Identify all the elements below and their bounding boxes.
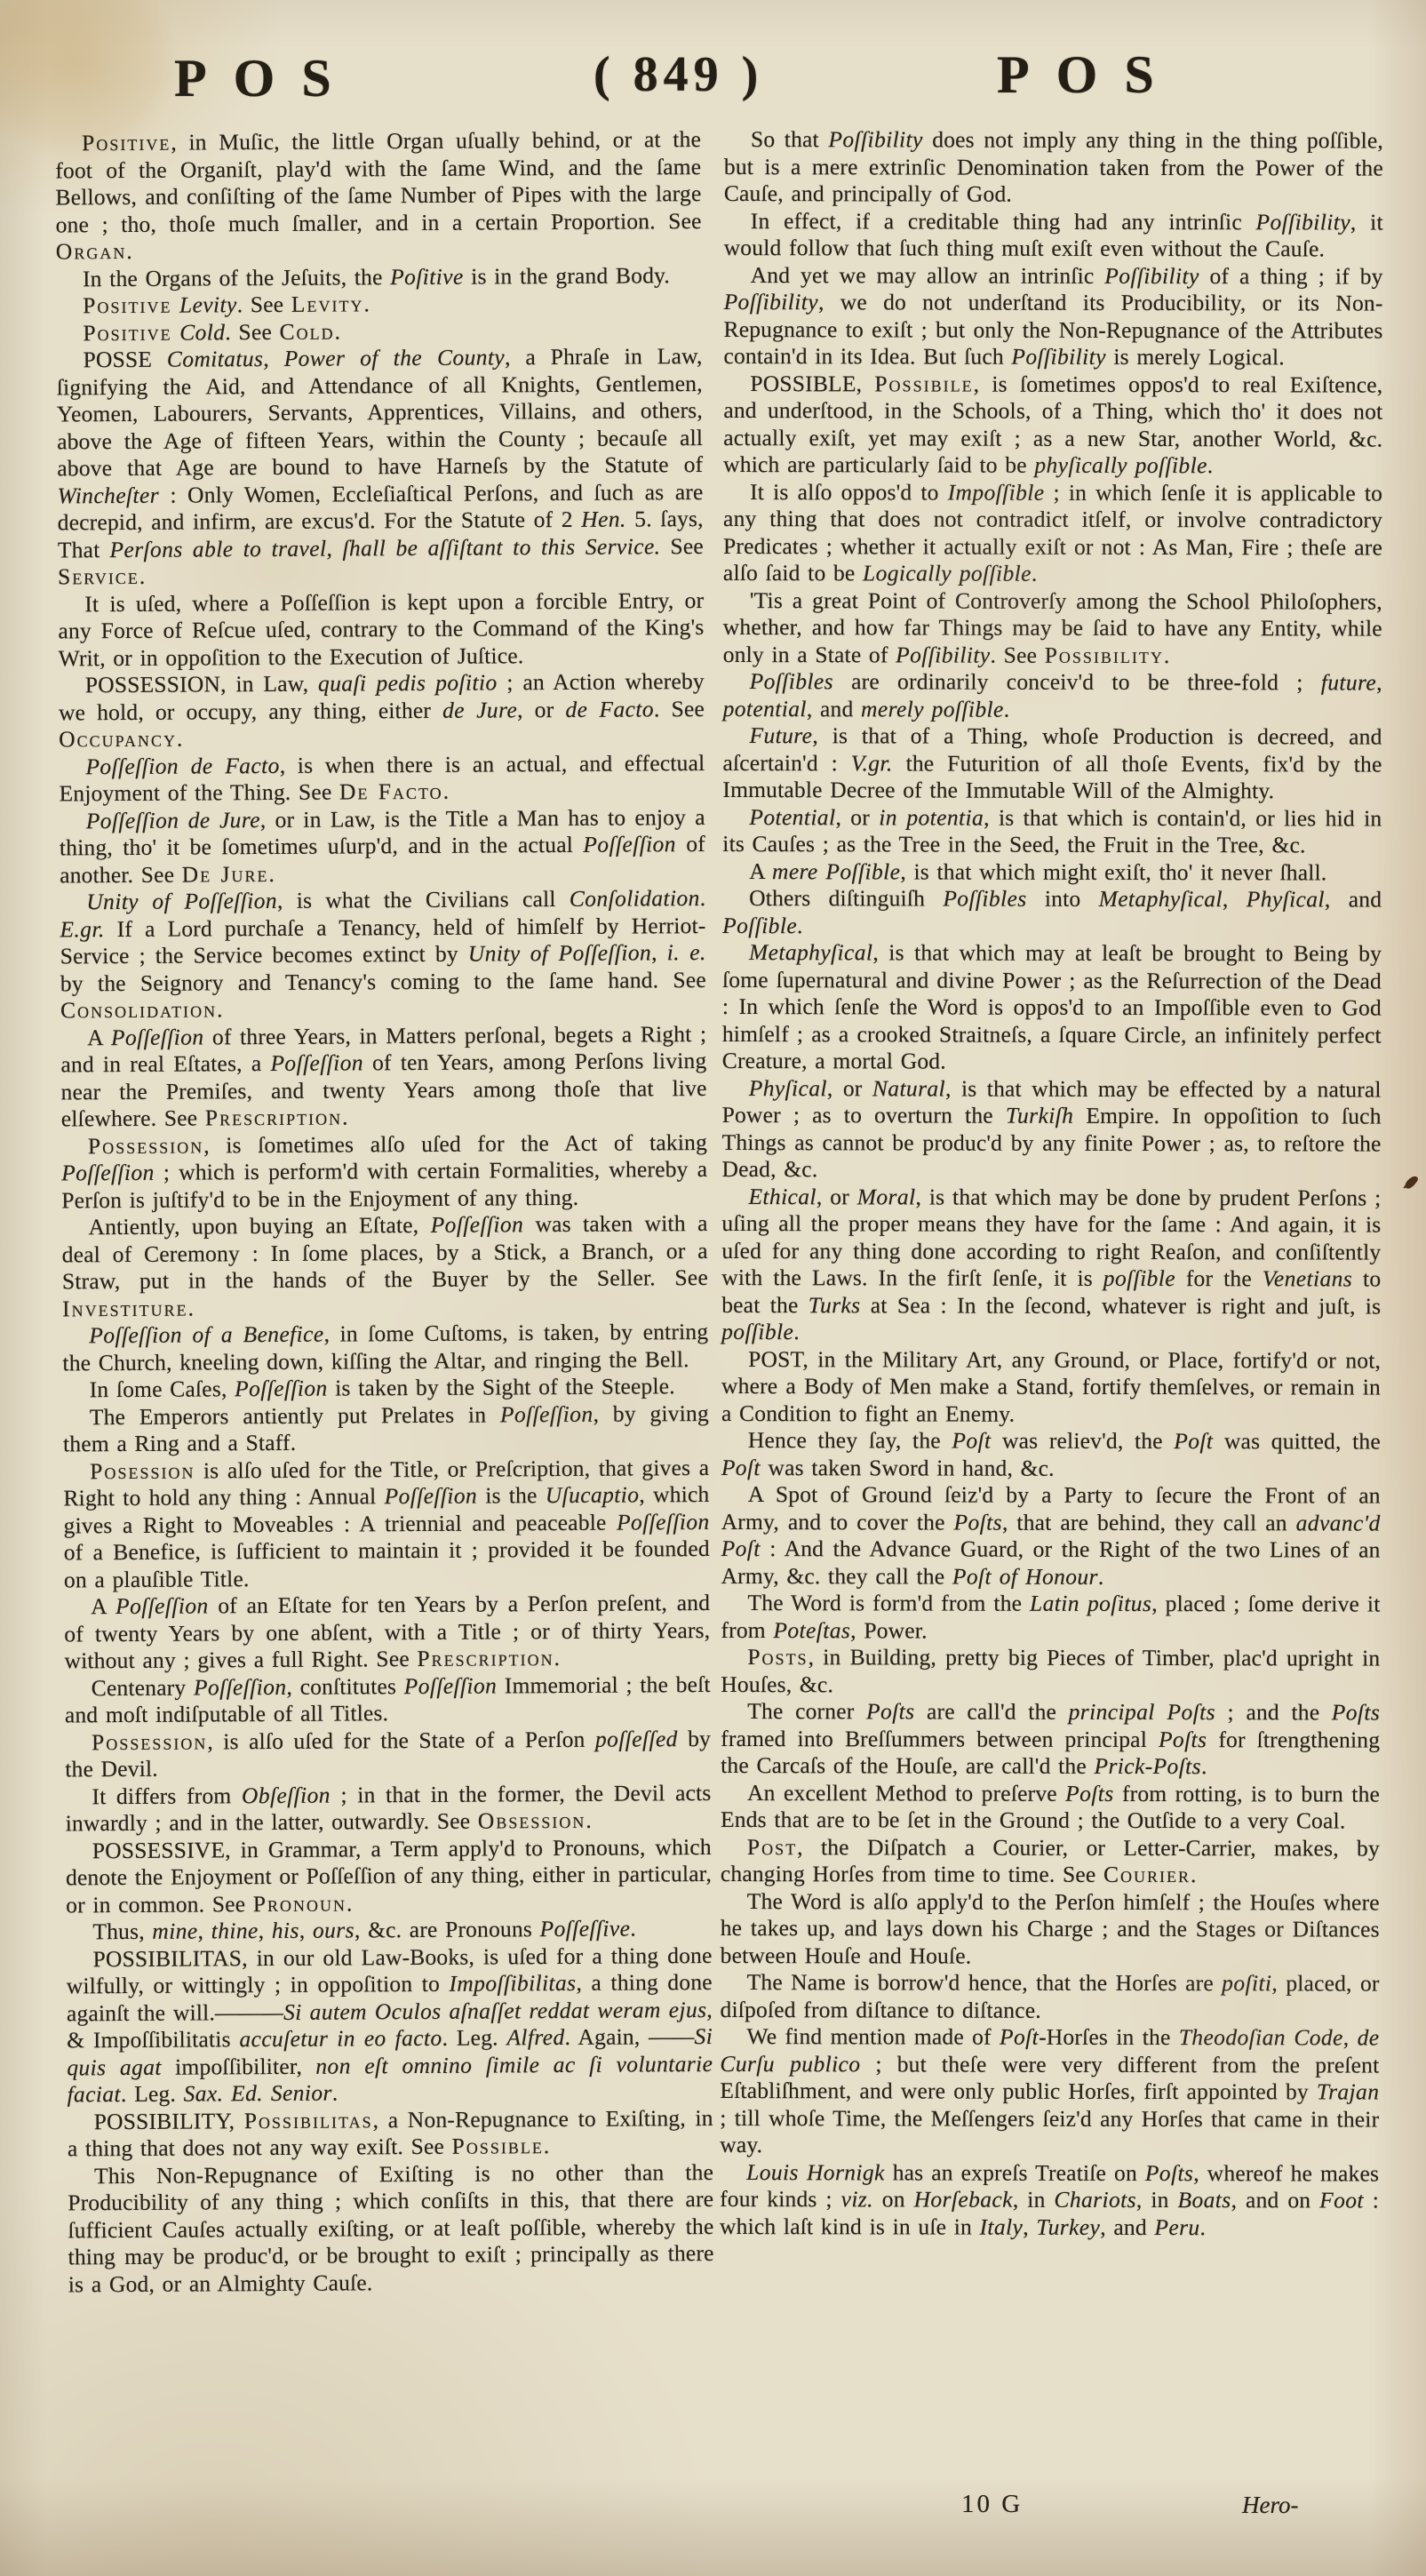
paragraph: A mere Poſſible, is that which might exi… [722,857,1382,886]
paragraph: Centenary Poſſeſſion, conſtitutes Poſſeſ… [65,1671,711,1728]
paragraph: It is alſo oppos'd to Impoſſible ; in wh… [723,478,1382,588]
paragraph: 'Tis a great Point of Controverſy among … [723,586,1382,669]
paragraph: Others diſtinguiſh Poſſibles into Metaph… [722,885,1382,941]
paragraph: Potential, or in potentia, is that which… [722,803,1382,859]
paragraph: Ethical, or Moral, is that which may be … [721,1183,1381,1347]
paragraph: A Poſſeſſion of an Eſtate for ten Years … [64,1590,711,1675]
paragraph: Unity of Poſſeſſion, is what the Civilia… [60,885,706,1025]
paragraph: Possession, is ſometimes alſo uſed for t… [61,1128,708,1214]
paragraph: Poſſeſſion of a Benefice, in ſome Cuſtom… [62,1319,708,1376]
ink-speck [1404,1174,1420,1191]
column-left: Positive, in Muſic, the little Organ uſu… [55,126,714,2298]
page-header: POS ( 849 ) POS [0,43,1426,123]
paragraph: The Emperors antiently put Prelates in P… [63,1400,709,1457]
paragraph: Antiently, upon buying an Eſtate, Poſſeſ… [61,1210,708,1322]
paragraph: POST, in the Military Art, any Ground, o… [721,1345,1381,1428]
running-title-right: POS [997,44,1181,106]
paragraph: Louis Hornigk has an expreſs Treatiſe on… [720,2158,1379,2241]
paragraph: We find mention made of Poſt-Horſes in t… [720,2023,1379,2160]
signature-mark: 10 G [961,2490,1023,2519]
paragraph: POSSIBILITY, Possibilitas, a Non-Repugna… [68,2104,713,2162]
paragraph: Poſſeſſion de Facto, is when there is an… [59,749,705,807]
paragraph: An excellent Method to preſerve Poſts fr… [721,1779,1380,1835]
paragraph: Poſſeſſion de Jure, or in Law, is the Ti… [60,803,706,889]
column-right: So that Poſſibility does not imply any t… [720,126,1383,2296]
paragraph: The Word is form'd from the Latin poſitu… [721,1590,1380,1646]
page-number: ( 849 ) [594,46,763,103]
paragraph: The corner Poſts are call'd the principa… [721,1698,1380,1781]
paragraph: A Spot of Ground ſeiz'd by a Party to ſe… [721,1481,1381,1591]
paragraph: And yet we may allow an intrinſic Poſſib… [723,261,1382,371]
paragraph: In the Organs of the Jeſuits, the Poſiti… [56,261,702,292]
text-columns: Positive, in Muſic, the little Organ uſu… [55,126,1383,2294]
catchword: Hero- [1242,2492,1298,2519]
paragraph: In ſome Caſes, Poſſeſſion is taken by th… [63,1373,709,1404]
paragraph: Possession, is alſo uſed for the State o… [65,1725,711,1782]
paragraph: POSSIBILITAS, in our old Law-Books, is u… [66,1942,713,2108]
paragraph: POSSIBLE, Possibile, is ſometimes oppos'… [723,370,1382,480]
paragraph: So that Poſſibility does not imply any t… [724,126,1383,209]
paragraph: A Poſſeſſion of three Years, in Matters … [60,1020,707,1132]
paragraph: It is uſed, where a Poſſeſſion is kept u… [58,586,705,672]
paragraph: In effect, if a creditable thing had any… [724,207,1383,263]
paragraph: Positive Levity. See Levity. [56,289,702,320]
paragraph: The Name is borrow'd hence, that the Hor… [721,1969,1380,2025]
paragraph: It differs from Obſeſſion ; in that in t… [65,1779,711,1837]
scanned-page: POS ( 849 ) POS Positive, in Muſic, the … [0,0,1426,2576]
paragraph: Positive, in Muſic, the little Organ uſu… [55,126,702,266]
paragraph: Posession is alſo uſed for the Title, or… [63,1454,710,1593]
paragraph: POSSESSIVE, in Grammar, a Term apply'd t… [66,1833,713,1918]
paragraph: This Non-Repugnance of Exiſting is no ot… [68,2158,714,2298]
paragraph: Posts, in Building, pretty big Pieces of… [721,1644,1380,1700]
paragraph: Poſſibles are ordinarily conceiv'd to be… [723,668,1382,724]
paragraph: Future, is that of a Thing, whoſe Produc… [722,722,1382,805]
paragraph: Metaphyſical, is that which may at leaſt… [722,939,1382,1076]
paragraph: Thus, mine, thine, his, ours, &c. are Pr… [66,1915,712,1946]
paragraph: The Word is alſo apply'd to the Perſon h… [721,1887,1380,1970]
paragraph: Post, the Diſpatch a Courier, or Letter-… [721,1833,1380,1889]
paragraph: POSSESSION, in Law, quaſi pedis poſitio … [59,668,705,754]
paragraph: Phyſical, or Natural, is that which may … [722,1074,1382,1184]
paragraph: POSSE Comitatus, Power of the County, a … [57,343,705,591]
running-title-left: POS [174,48,358,109]
paragraph: Positive Cold. See Cold. [56,315,702,347]
paragraph: Hence they ſay, the Poſt was reliev'd, t… [721,1427,1381,1483]
